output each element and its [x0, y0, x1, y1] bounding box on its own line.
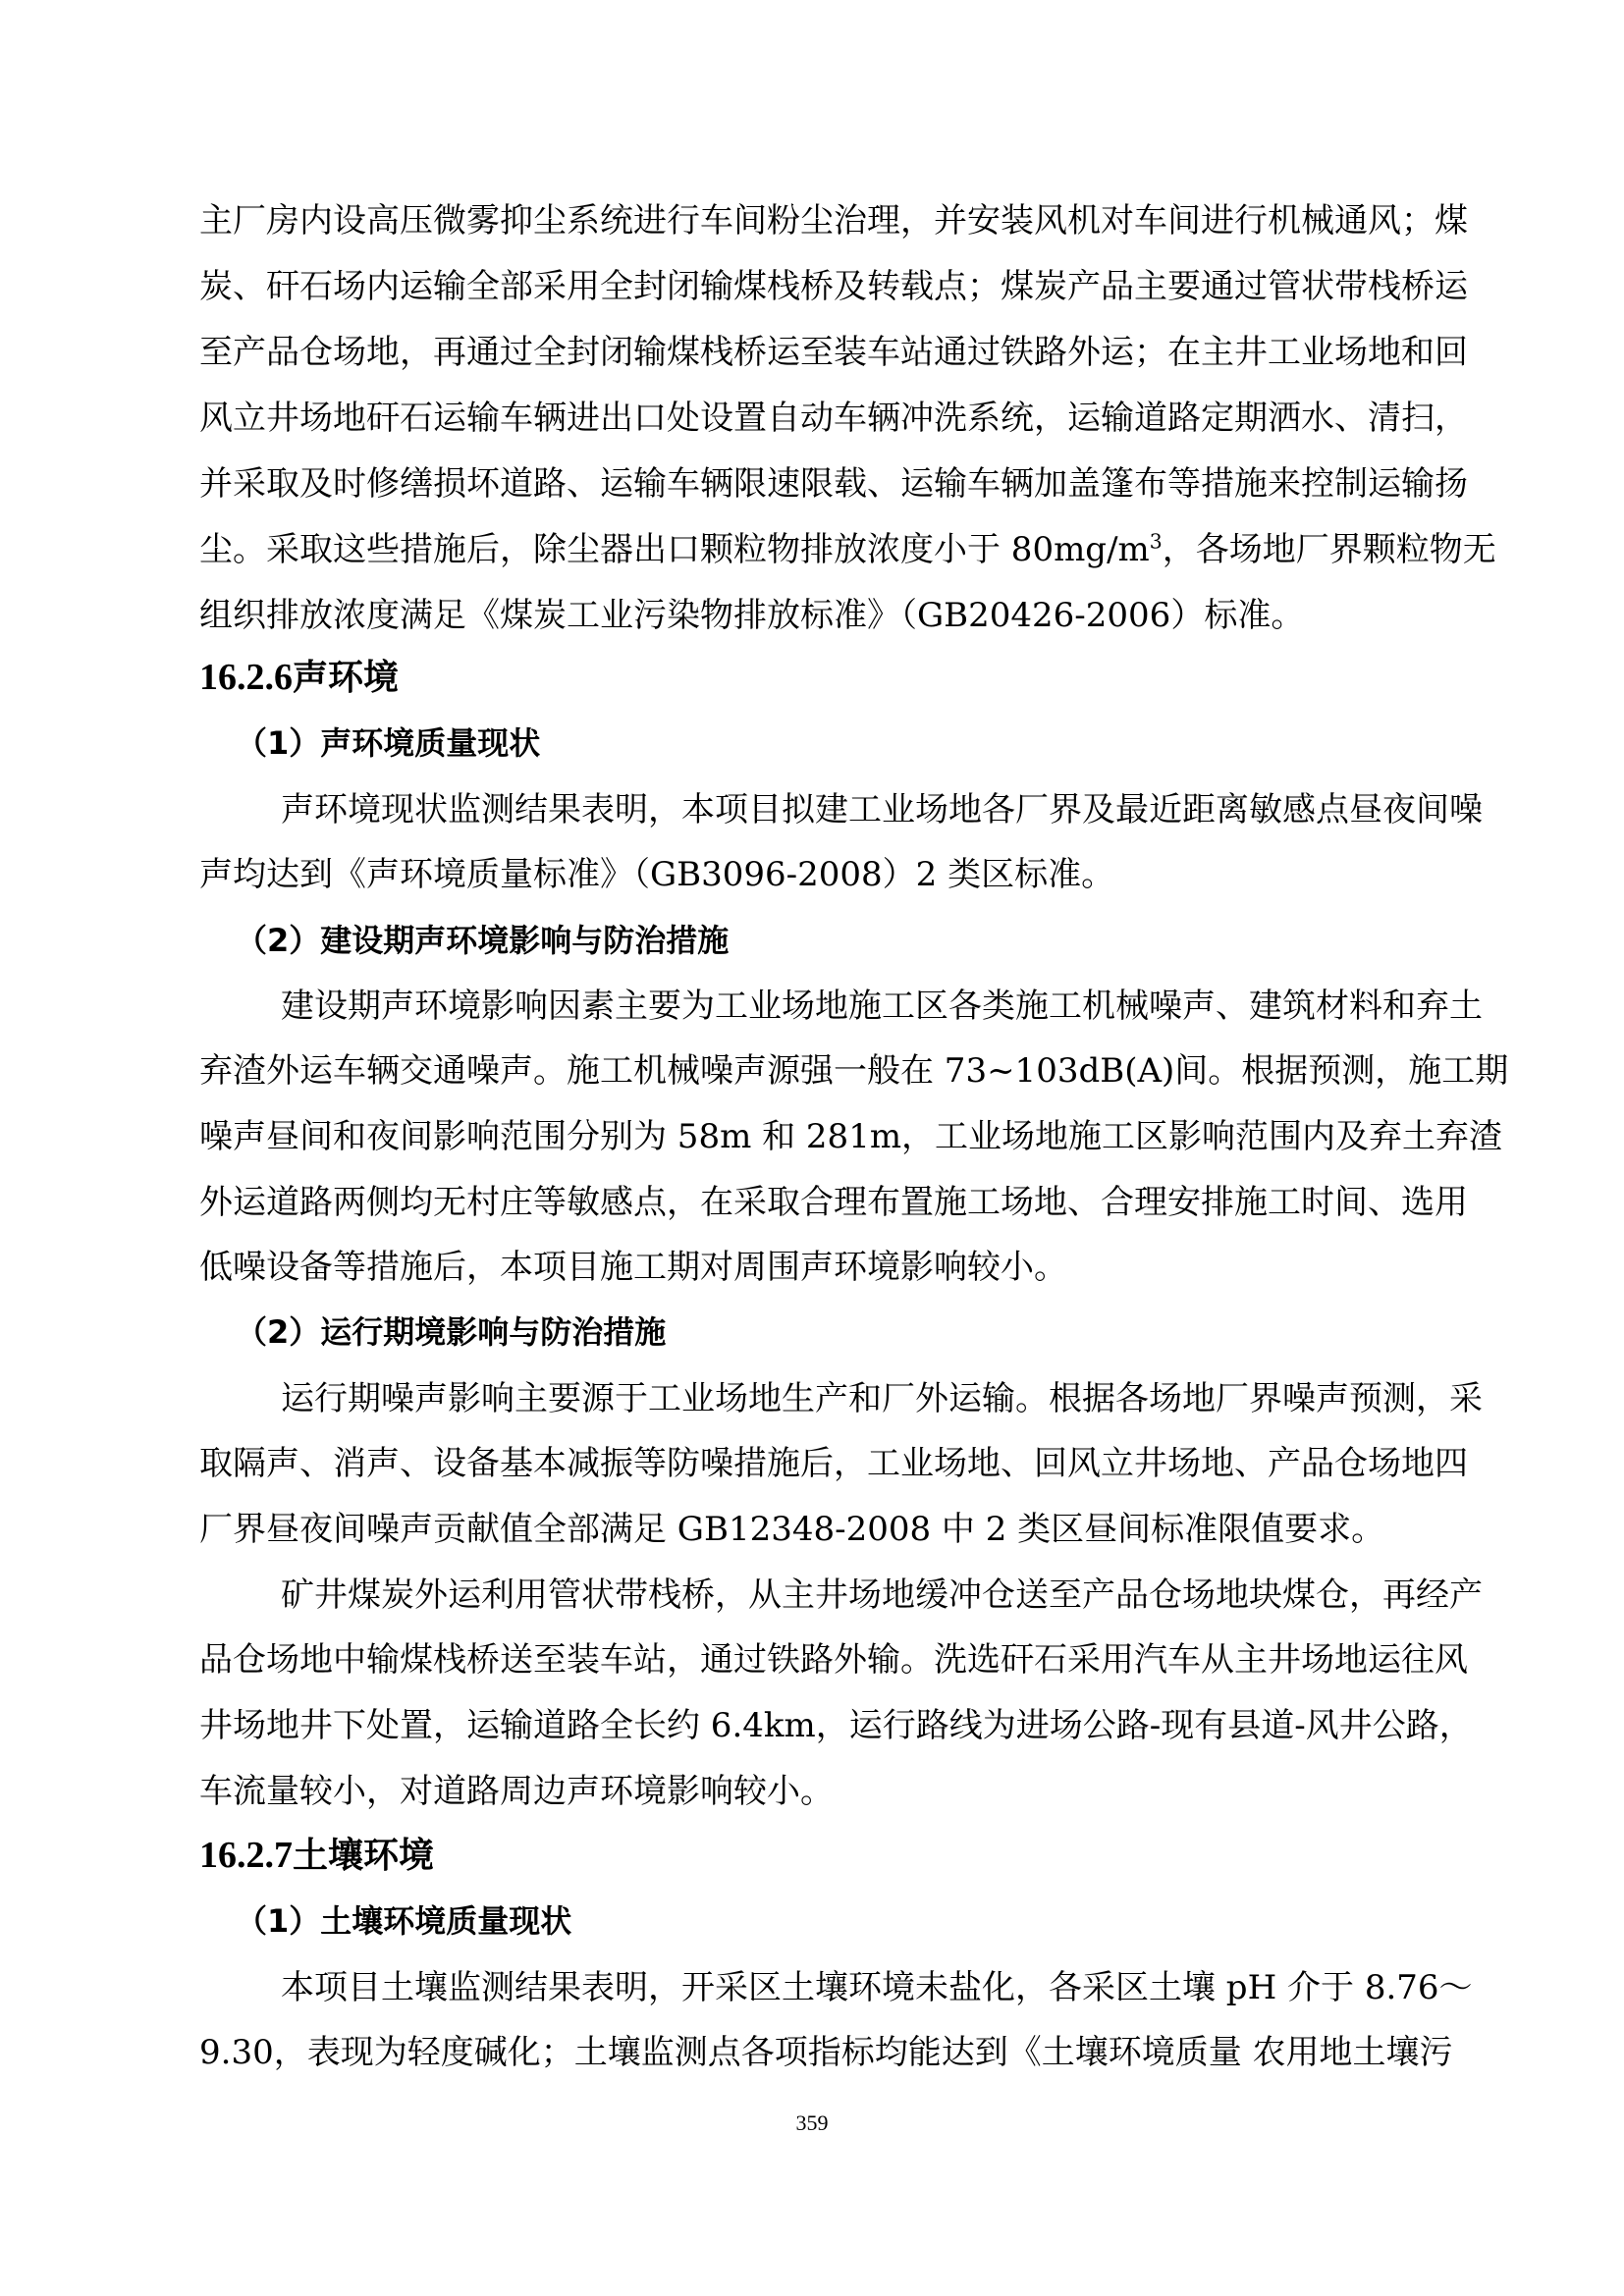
body-text-line: 声环境现状监测结果表明，本项目拟建工业场地各厂界及最近距离敏感点昼夜间噪 — [281, 780, 1427, 839]
superscript: 3 — [1150, 530, 1163, 554]
body-text-line: 风立井场地矸石运输车辆进出口处设置自动车辆冲洗系统，运输道路定期洒水、清扫， — [199, 389, 1427, 448]
body-text-line: 建设期声环境影响因素主要为工业场地施工区各类施工机械噪声、建筑材料和弃土 — [281, 977, 1427, 1036]
body-text-line: 低噪设备等措施后，本项目施工期对周围声环境影响较小。 — [199, 1238, 1427, 1297]
body-text-line: 井场地井下处置，运输道路全长约 6.4km，运行路线为进场公路-现有县道-风井公… — [199, 1696, 1427, 1755]
subsection-heading: （2）建设期声环境影响与防治措施 — [236, 911, 729, 970]
body-text-line: 矿井煤炭外运利用管状带栈桥，从主井场地缓冲仓送至产品仓场地块煤仓，再经产 — [281, 1566, 1427, 1625]
section-number: 16.2.6 — [199, 657, 293, 698]
body-text-line: 车流量较小，对道路周边声环境影响较小。 — [199, 1762, 1427, 1821]
body-text-line: 声均达到《声环境质量标准》（GB3096-2008）2 类区标准。 — [199, 845, 1427, 904]
body-text-line: 厂界昼夜间噪声贡献值全部满足 GB12348-2008 中 2 类区昼间标准限值… — [199, 1500, 1427, 1559]
page-number: 359 — [0, 2110, 1624, 2136]
subsection-heading: （1）土壤环境质量现状 — [236, 1892, 571, 1950]
subsection-heading: （2）运行期境影响与防治措施 — [236, 1303, 666, 1362]
body-text-line: 本项目土壤监测结果表明，开采区土壤环境未盐化，各采区土壤 pH 介于 8.76～ — [281, 1958, 1427, 2017]
text-fragment: ，各场地厂界颗粒物无 — [1163, 530, 1496, 569]
section-title: 声环境 — [293, 658, 399, 698]
body-text-line: 9.30，表现为轻度碱化；土壤监测点各项指标均能达到《土壤环境质量 农用地土壤污 — [199, 2023, 1427, 2082]
text-fragment: 尘。采取这些措施后，除尘器出口颗粒物排放浓度小于 80mg/m — [199, 530, 1150, 569]
body-text-line: 组织排放浓度满足《煤炭工业污染物排放标准》（GB20426-2006）标准。 — [199, 586, 1427, 645]
body-text-line: 并采取及时修缮损坏道路、运输车辆限速限载、运输车辆加盖篷布等措施来控制运输扬 — [199, 454, 1427, 513]
section-number: 16.2.7 — [199, 1835, 293, 1876]
body-text-line: 弃渣外运车辆交通噪声。施工机械噪声源强一般在 73~103dB(A)间。根据预测… — [199, 1041, 1427, 1100]
body-text-line: 尘。采取这些措施后，除尘器出口颗粒物排放浓度小于 80mg/m3，各场地厂界颗粒… — [199, 520, 1427, 579]
body-text-line: 外运道路两侧均无村庄等敏感点，在采取合理布置施工场地、合理安排施工时间、选用 — [199, 1173, 1427, 1232]
body-text-line: 取隔声、消声、设备基本减振等防噪措施后，工业场地、回风立井场地、产品仓场地四 — [199, 1434, 1427, 1493]
body-text-line: 主厂房内设高压微雾抑尘系统进行车间粉尘治理，并安装风机对车间进行机械通风；煤 — [199, 191, 1427, 250]
body-text-line: 炭、矸石场内运输全部采用全封闭输煤栈桥及转载点；煤炭产品主要通过管状带栈桥运 — [199, 257, 1427, 316]
section-title: 土壤环境 — [293, 1836, 434, 1876]
body-text-line: 运行期噪声影响主要源于工业场地生产和厂外运输。根据各场地厂界噪声预测，采 — [281, 1369, 1427, 1428]
subsection-heading: （1）声环境质量现状 — [236, 714, 540, 773]
body-text-line: 噪声昼间和夜间影响范围分别为 58m 和 281m，工业场地施工区影响范围内及弃… — [199, 1107, 1427, 1166]
section-heading: 16.2.6声环境 — [199, 648, 399, 707]
body-text-line: 品仓场地中输煤栈桥送至装车站，通过铁路外输。洗选矸石采用汽车从主井场地运往风 — [199, 1630, 1427, 1689]
document-page: 主厂房内设高压微雾抑尘系统进行车间粉尘治理，并安装风机对车间进行机械通风；煤 炭… — [0, 0, 1624, 2296]
section-heading: 16.2.7土壤环境 — [199, 1826, 434, 1885]
body-text-line: 至产品仓场地，再通过全封闭输煤栈桥运至装车站通过铁路外运；在主井工业场地和回 — [199, 323, 1427, 382]
